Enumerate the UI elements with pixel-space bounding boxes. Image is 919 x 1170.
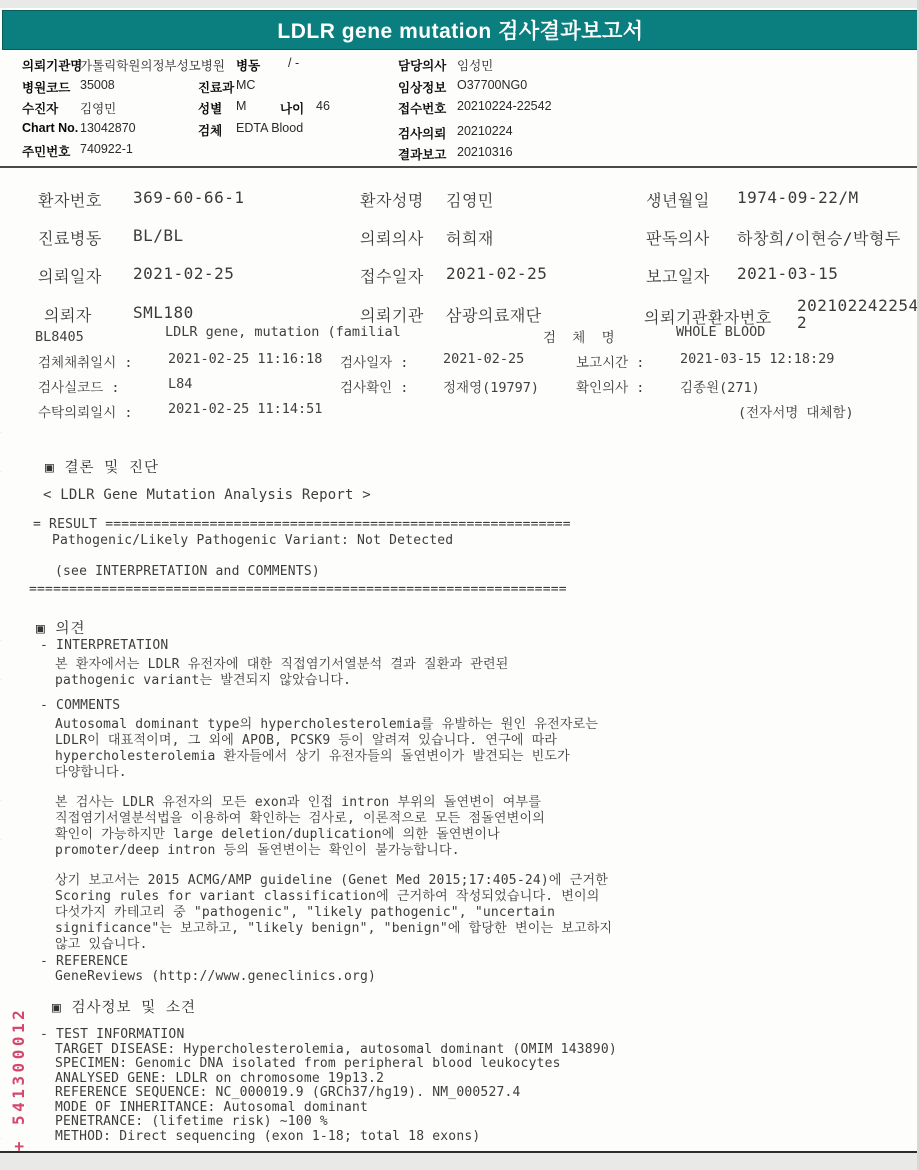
specimen-value: EDTA Blood <box>236 121 303 135</box>
order-date-value: 20210224 <box>457 124 513 138</box>
chart-no-value: 13042870 <box>80 121 136 135</box>
result-date-label: 결과보고 <box>398 145 446 163</box>
report-page: LDLR gene mutation 검사결과보고서 의뢰기관명 가톨릭학원의정… <box>0 0 919 1170</box>
scan-arc <box>0 640 14 680</box>
scan-edge-top <box>0 0 919 8</box>
test-information-header: - TEST INFORMATION <box>40 1027 184 1042</box>
order-date-label: 검사의뢰 <box>398 124 446 142</box>
comments-line: 다양합니다. <box>55 761 127 780</box>
receipt-no-label: 접수번호 <box>398 99 446 117</box>
attending-value: 임성민 <box>457 56 493 74</box>
reference-header: - REFERENCE <box>40 954 128 969</box>
field-value: BL/BL <box>133 226 184 245</box>
field-value: 2021-02-25 <box>446 264 547 283</box>
confirm-doctor-label: 확인의사 : <box>576 376 644 396</box>
specimen-name-value: WHOLE BLOOD <box>676 324 765 340</box>
sex-value: M <box>236 99 246 113</box>
header-divider <box>0 166 919 168</box>
lab-code-label: 검사실코드 : <box>38 376 119 396</box>
title-bar: LDLR gene mutation 검사결과보고서 <box>2 10 919 50</box>
test-date-label: 검사일자 : <box>340 351 408 371</box>
confirm-doctor-value: 김종원(271) <box>680 376 760 396</box>
field-value: 1974-09-22/M <box>737 188 859 207</box>
testinfo-section-header: ▣ 검사정보 및 소견 <box>52 996 196 1017</box>
interpretation-header: - INTERPRETATION <box>40 638 168 653</box>
org-name-label: 의뢰기관명 <box>22 56 82 74</box>
resident-no-value: 740922-1 <box>80 142 133 156</box>
ward-value: / - <box>288 56 299 70</box>
field-label: 판독의사 <box>646 226 710 249</box>
specimen-label: 검체 <box>198 121 222 139</box>
conclusion-section-header: ▣ 결론 및 진단 <box>45 456 159 477</box>
hosp-code-value: 35008 <box>80 78 115 92</box>
field-label: 환자성명 <box>360 188 424 211</box>
report-time-value: 2021-03-15 12:18:29 <box>680 351 834 367</box>
sex-label: 성별 <box>198 99 222 117</box>
field-label: 환자번호 <box>38 188 102 211</box>
test-information-line: ANALYSED GENE: LDLR on chromosome 19p13.… <box>55 1071 384 1086</box>
field-value: 369-60-66-1 <box>133 188 244 207</box>
bottom-rule: ========================================… <box>29 582 567 597</box>
field-label: 진료병동 <box>38 226 102 249</box>
dept-label: 진료과 <box>198 78 234 96</box>
field-value: 허희재 <box>446 226 494 249</box>
test-information-line: TARGET DISEASE: Hypercholesterolemia, au… <box>55 1042 617 1057</box>
field-value: 삼광의료재단 <box>446 303 542 326</box>
dept-value: MC <box>236 78 255 92</box>
field-label: 의뢰일자 <box>38 264 102 287</box>
patient-label: 수진자 <box>22 99 58 117</box>
collect-time-label: 검체채취일시 : <box>38 351 133 371</box>
verifier-value: 정재영(19797) <box>443 376 539 396</box>
consign-time-value: 2021-02-25 11:14:51 <box>168 401 322 417</box>
opinion-section-header: ▣ 의견 <box>36 617 85 638</box>
hosp-code-label: 병원코드 <box>22 78 70 96</box>
field-value: SML180 <box>133 303 194 322</box>
field-value: 2 <box>797 313 807 332</box>
see-note: (see INTERPRETATION and COMMENTS) <box>55 564 320 579</box>
comments-line: promoter/deep intron 등의 돌연변이는 확인이 불가능합니다… <box>55 839 460 858</box>
scan-arc <box>0 800 14 840</box>
specimen-barcode-number: + 541300012 <box>9 995 31 1163</box>
test-code: BL8405 <box>35 329 84 345</box>
attending-label: 담당의사 <box>398 56 446 74</box>
esign-note: (전자서명 대체함) <box>738 401 854 421</box>
field-label: 의뢰기관 <box>360 303 424 326</box>
field-label: 의뢰자 <box>44 303 92 326</box>
verifier-label: 검사확인 : <box>340 376 408 396</box>
age-value: 46 <box>316 99 330 113</box>
test-information-line: SPECIMEN: Genomic DNA isolated from peri… <box>55 1056 561 1071</box>
reference-value: GeneReviews (http://www.geneclinics.org) <box>55 969 376 984</box>
field-label: 접수일자 <box>360 264 424 287</box>
analysis-report-title: < LDLR Gene Mutation Analysis Report > <box>43 487 371 503</box>
org-name-value: 가톨릭학원의정부성모병원 <box>80 56 225 74</box>
test-information-line: REFERENCE SEQUENCE: NC_000019.9 (GRCh37/… <box>55 1085 521 1100</box>
field-value: 하창희/이현승/박형두 <box>737 226 901 249</box>
test-information-line: METHOD: Direct sequencing (exon 1-18; to… <box>55 1129 480 1144</box>
field-value: 2021-03-15 <box>737 264 838 283</box>
receipt-no-value: 20210224-22542 <box>457 99 552 113</box>
age-label: 나이 <box>280 99 304 117</box>
consign-time-label: 수탁의뢰일시 : <box>38 401 133 421</box>
interpretation-line: pathogenic variant는 발견되지 않았습니다. <box>55 669 351 688</box>
specimen-name-label: 검 체 명 <box>543 326 615 346</box>
patient-value: 김영민 <box>80 99 116 117</box>
field-value: 김영민 <box>446 188 494 211</box>
ward-label: 병동 <box>236 56 260 74</box>
comments-line: 않고 있습니다. <box>55 933 148 952</box>
field-label: 보고일자 <box>646 264 710 287</box>
field-label: 의뢰의사 <box>360 226 424 249</box>
lab-code-value: L84 <box>168 376 192 392</box>
clinical-value: O37700NG0 <box>457 78 527 92</box>
test-information-line: MODE OF INHERITANCE: Autosomal dominant <box>55 1100 368 1115</box>
chart-no-label: Chart No. <box>22 121 78 135</box>
test-name: LDLR gene, mutation (familial <box>165 324 401 340</box>
comments-header: - COMMENTS <box>40 698 120 713</box>
result-value: Pathogenic/Likely Pathogenic Variant: No… <box>52 533 453 548</box>
report-time-label: 보고시간 : <box>576 351 644 371</box>
field-label: 생년월일 <box>646 188 710 211</box>
result-rule: = RESULT ===============================… <box>33 517 571 532</box>
result-date-value: 20210316 <box>457 145 513 159</box>
page-title: LDLR gene mutation 검사결과보고서 <box>277 15 643 45</box>
comments-line: hypercholesterolemia 환자들에서 상기 유전자들의 돌연변이… <box>55 745 570 764</box>
test-date-value: 2021-02-25 <box>443 351 524 367</box>
resident-no-label: 주민번호 <box>22 142 70 160</box>
test-information-line: PENETRANCE: (lifetime risk) ~100 % <box>55 1114 328 1129</box>
scan-arc <box>0 432 14 472</box>
collect-time-value: 2021-02-25 11:16:18 <box>168 351 322 367</box>
scan-edge-bottom <box>0 1153 919 1170</box>
clinical-label: 임상정보 <box>398 78 446 96</box>
field-value: 202102242254 <box>797 296 919 315</box>
field-value: 2021-02-25 <box>133 264 234 283</box>
